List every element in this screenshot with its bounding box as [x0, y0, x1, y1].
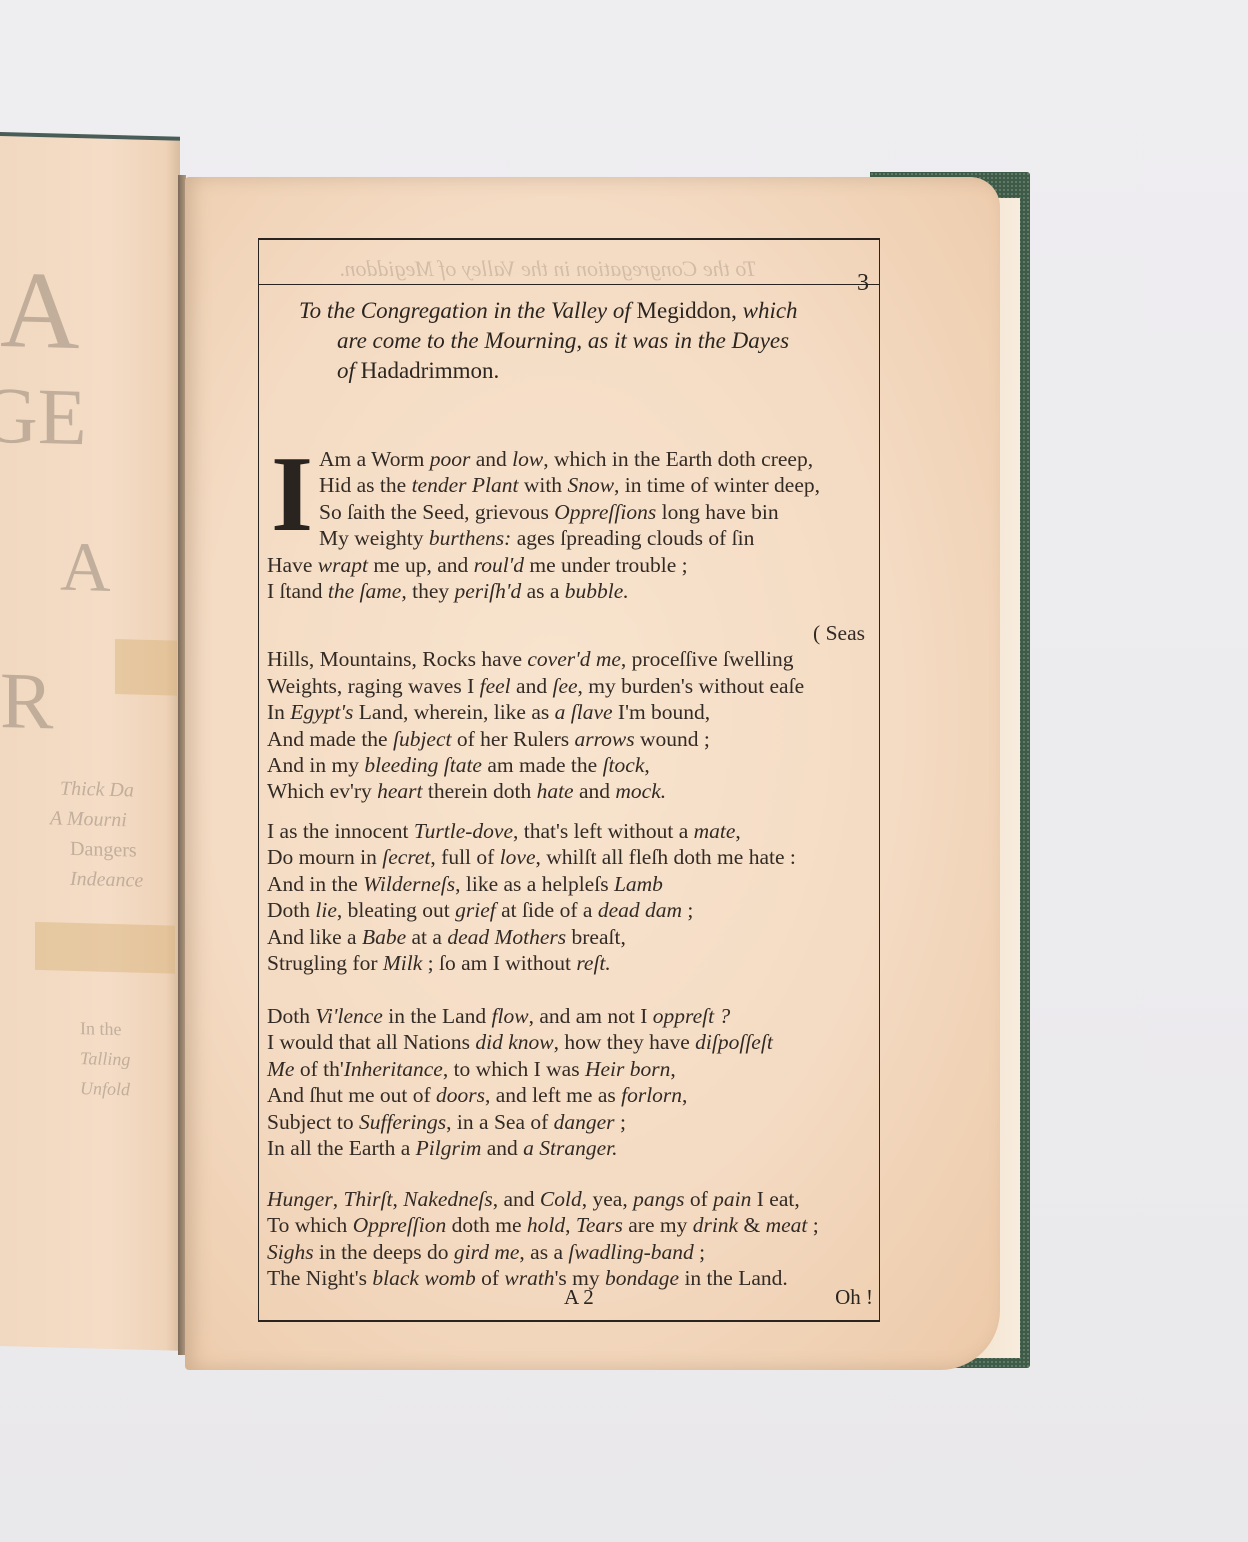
- left-page-faded-letter: GE: [0, 370, 87, 464]
- heading-italic: which: [743, 298, 798, 323]
- roman-text: long have bin: [656, 500, 778, 524]
- italic-text: mate: [694, 819, 736, 843]
- italic-text: Oppreſſion: [353, 1213, 447, 1237]
- roman-text: ages ſpreading clouds of ſin: [511, 526, 754, 550]
- roman-text: and: [470, 447, 512, 471]
- roman-text: In all the Earth a: [267, 1136, 416, 1160]
- roman-text: of: [684, 1187, 713, 1211]
- roman-text: ,: [392, 1187, 403, 1211]
- italic-text: Egypt's: [290, 700, 353, 724]
- roman-text: So ſaith the Seed, grievous: [319, 500, 554, 524]
- italic-text: danger: [554, 1110, 615, 1134]
- left-page-faded-letter: A: [60, 528, 111, 609]
- roman-text: Hills, Mountains, Rocks have: [267, 647, 527, 671]
- italic-text: Tears: [576, 1213, 623, 1237]
- roman-text: I as the innocent: [267, 819, 414, 843]
- roman-text: Weights, raging waves I: [267, 674, 480, 698]
- verse-line: Have wrapt me up, and roul'd me under tr…: [267, 552, 877, 578]
- page-number: 3: [857, 270, 869, 297]
- roman-text: , in time of winter deep,: [614, 473, 820, 497]
- roman-text: in the Land: [383, 1004, 492, 1028]
- roman-text: , my burden's without eaſe: [578, 674, 805, 698]
- verse-line: Hunger, Thirſt, Nakedneſs, and Cold, yea…: [267, 1186, 877, 1212]
- roman-text: ,: [565, 1213, 576, 1237]
- italic-text: hate: [537, 779, 574, 803]
- verse-line: And made the ſubject of her Rulers arrow…: [267, 726, 877, 752]
- roman-text: , as a: [519, 1240, 568, 1264]
- roman-text: ,: [670, 1057, 675, 1081]
- running-head: To the Congregation in the Valley of Meg…: [259, 240, 879, 285]
- verse-line: Sighs in the deeps do gird me, as a ſwad…: [267, 1239, 877, 1265]
- italic-text: drink: [693, 1213, 738, 1237]
- roman-text: breaſt,: [566, 925, 626, 949]
- left-page-faded-letter: R: [0, 656, 53, 748]
- left-page-faded-text: In the: [80, 1018, 121, 1040]
- italic-text: periſh'd: [455, 579, 522, 603]
- left-page-faded-text: Unfold: [80, 1078, 130, 1100]
- stanza-4: Doth Vi'lence in the Land flow, and am n…: [267, 1003, 877, 1161]
- italic-text: poor: [430, 447, 471, 471]
- roman-text: Doth: [267, 898, 315, 922]
- roman-text: am made the: [482, 753, 603, 777]
- roman-text: , full of: [430, 845, 499, 869]
- left-page-faded-letter: A: [0, 246, 79, 375]
- left-page-faded-text: Dangers: [70, 838, 137, 863]
- heading-italic: of: [337, 358, 355, 383]
- italic-text: ſubject: [393, 727, 452, 751]
- roman-text: , like as a helpleſs: [455, 872, 614, 896]
- roman-text: ,: [735, 819, 740, 843]
- roman-text: as a: [521, 579, 565, 603]
- printed-text-frame: To the Congregation in the Valley of Meg…: [258, 238, 880, 1322]
- italic-text: roul'd: [474, 553, 524, 577]
- heading-italic: To the Congregation in the Valley of: [299, 298, 631, 323]
- roman-text: doth me: [446, 1213, 527, 1237]
- page-footer: A 2 Oh !: [259, 1285, 879, 1311]
- roman-text: And ſhut me out of: [267, 1083, 436, 1107]
- italic-text: Pilgrim: [416, 1136, 482, 1160]
- roman-text: , bleating out: [337, 898, 455, 922]
- verse-line: Hid as the tender Plant with Snow, in ti…: [267, 472, 877, 498]
- signature-mark: A 2: [564, 1285, 594, 1310]
- roman-text: , how they have: [554, 1030, 696, 1054]
- roman-text: Which ev'ry: [267, 779, 377, 803]
- roman-text: , whilſt all fleſh doth me hate :: [536, 845, 796, 869]
- verse-line: Do mourn in ſecret, full of love, whilſt…: [267, 844, 877, 870]
- roman-text: Hid as the: [319, 473, 412, 497]
- roman-text: And like a: [267, 925, 362, 949]
- italic-text: Lamb: [614, 872, 663, 896]
- italic-text: ſwadling-band: [568, 1240, 693, 1264]
- show-through-running-head: To the Congregation in the Valley of Meg…: [339, 256, 757, 282]
- italic-text: Wilderneſs: [363, 872, 455, 896]
- italic-text: Me: [267, 1057, 294, 1081]
- italic-text: ſee: [552, 674, 577, 698]
- verse-line: And in my bleeding ſtate am made the ſto…: [267, 752, 877, 778]
- verse-line: Weights, raging waves I feel and ſee, my…: [267, 673, 877, 699]
- roman-text: Land, wherein, like as: [353, 700, 554, 724]
- italic-text: bleeding ſtate: [364, 753, 482, 777]
- stanza-3: I as the innocent Turtle-dove, that's le…: [267, 818, 877, 976]
- roman-text: in the deeps do: [314, 1240, 454, 1264]
- italic-text: ſtock: [603, 753, 645, 777]
- roman-text: ;: [807, 1213, 818, 1237]
- italic-text: burthens:: [429, 526, 511, 550]
- roman-text: ;: [615, 1110, 626, 1134]
- verse-line: And ſhut me out of doors, and left me as…: [267, 1082, 877, 1108]
- roman-text: they: [407, 579, 455, 603]
- roman-text: Doth: [267, 1004, 315, 1028]
- roman-text: with: [518, 473, 567, 497]
- italic-text: reſt.: [576, 951, 610, 975]
- italic-text: oppreſt ?: [653, 1004, 730, 1028]
- stanza-1: Am a Worm poor and low, which in the Ear…: [267, 446, 877, 604]
- roman-text: In: [267, 700, 290, 724]
- italic-text: feel: [480, 674, 511, 698]
- italic-text: Sufferings: [359, 1110, 446, 1134]
- verse-line: And in the Wilderneſs, like as a helpleſ…: [267, 871, 877, 897]
- roman-text: at a: [406, 925, 447, 949]
- roman-text: &: [738, 1213, 765, 1237]
- roman-text: me up, and: [368, 553, 474, 577]
- stanza-2: ( SeasHills, Mountains, Rocks have cover…: [267, 620, 877, 805]
- roman-text: and: [574, 779, 616, 803]
- italic-text: Cold: [540, 1187, 582, 1211]
- roman-text: To which: [267, 1213, 353, 1237]
- roman-text: , that's left without a: [513, 819, 694, 843]
- italic-text: Nakedneſs: [403, 1187, 493, 1211]
- paper-tape-stain: [115, 639, 177, 696]
- roman-text: I would that all Nations: [267, 1030, 475, 1054]
- italic-text: Babe: [362, 925, 406, 949]
- poem-heading: To the Congregation in the Valley of Meg…: [299, 296, 869, 386]
- roman-text: and: [481, 1136, 523, 1160]
- italic-text: bubble.: [565, 579, 629, 603]
- roman-text: wound ;: [635, 727, 710, 751]
- catchword: Oh !: [835, 1285, 873, 1310]
- italic-text: a ſlave: [555, 700, 613, 724]
- italic-text: Heir born: [585, 1057, 670, 1081]
- left-page-faded-text: Indeance: [70, 868, 143, 893]
- roman-text: , and: [493, 1187, 540, 1211]
- italic-text: Hunger: [267, 1187, 333, 1211]
- italic-text: Snow: [567, 473, 614, 497]
- verse-line: Doth lie, bleating out grief at ſide of …: [267, 897, 877, 923]
- roman-text: Strugling for: [267, 951, 383, 975]
- italic-text: ſecret: [382, 845, 430, 869]
- roman-text: I eat,: [751, 1187, 799, 1211]
- roman-text: therein doth: [423, 779, 537, 803]
- verse-line: I ſtand the ſame, they periſh'd as a bub…: [267, 578, 877, 604]
- italic-text: pangs: [633, 1187, 684, 1211]
- stanza-5: Hunger, Thirſt, Nakedneſs, and Cold, yea…: [267, 1186, 877, 1292]
- verse-line: Me of th'Inheritance, to which I was Hei…: [267, 1056, 877, 1082]
- italic-text: heart: [377, 779, 422, 803]
- roman-text: are my: [623, 1213, 693, 1237]
- italic-text: wrapt: [318, 553, 368, 577]
- italic-text: mock.: [615, 779, 666, 803]
- roman-text: , which in the Earth doth creep,: [543, 447, 813, 471]
- roman-text: , in a Sea of: [446, 1110, 553, 1134]
- roman-text: , to which I was: [443, 1057, 585, 1081]
- italic-text: dead Mothers: [447, 925, 566, 949]
- left-page-faded-text: Thick Da: [60, 778, 134, 803]
- roman-text: , proceſſive ſwelling: [621, 647, 794, 671]
- italic-text: cover'd me: [527, 647, 621, 671]
- roman-text: of th': [294, 1057, 343, 1081]
- roman-text: at ſide of a: [496, 898, 598, 922]
- italic-text: Thirſt: [343, 1187, 392, 1211]
- verse-line: Hills, Mountains, Rocks have cover'd me,…: [267, 646, 877, 672]
- roman-text: And in my: [267, 753, 364, 777]
- left-page-faded-text: A Mourni: [50, 807, 127, 832]
- verse-line: Doth Vi'lence in the Land flow, and am n…: [267, 1003, 877, 1029]
- roman-text: Subject to: [267, 1110, 359, 1134]
- roman-text: ;: [682, 898, 693, 922]
- roman-text: ; ſo am I without: [422, 951, 576, 975]
- italic-text: Turtle-dove: [414, 819, 513, 843]
- italic-text: doors: [436, 1083, 485, 1107]
- roman-text: Do mourn in: [267, 845, 382, 869]
- verse-line: In all the Earth a Pilgrim and a Strange…: [267, 1135, 877, 1161]
- verse-line: And like a Babe at a dead Mothers breaſt…: [267, 924, 877, 950]
- roman-text: ,: [333, 1187, 344, 1211]
- italic-text: flow: [492, 1004, 529, 1028]
- roman-text: and: [511, 674, 553, 698]
- verse-line: Am a Worm poor and low, which in the Ear…: [267, 446, 877, 472]
- verse-line: Which ev'ry heart therein doth hate and …: [267, 778, 877, 804]
- roman-text: Am a Worm: [319, 447, 430, 471]
- italic-text: diſpoſſeſt: [695, 1030, 773, 1054]
- italic-text: low: [512, 447, 543, 471]
- roman-text: My weighty: [319, 526, 429, 550]
- verse-line: So ſaith the Seed, grievous Oppreſſions …: [267, 499, 877, 525]
- italic-text: arrows: [575, 727, 635, 751]
- italic-text: hold: [527, 1213, 565, 1237]
- roman-text: , and am not I: [529, 1004, 653, 1028]
- roman-text: And in the: [267, 872, 363, 896]
- roman-text: of her Rulers: [452, 727, 575, 751]
- italic-text: pain: [713, 1187, 751, 1211]
- heading-roman: Hadadrimmon.: [361, 358, 500, 383]
- italic-text: gird me: [454, 1240, 520, 1264]
- verse-line: Strugling for Milk ; ſo am I without reſ…: [267, 950, 877, 976]
- left-page: A GE A R Thick Da A Mourni Dangers Indea…: [0, 132, 180, 1351]
- roman-text: , and left me as: [485, 1083, 621, 1107]
- italic-text: love: [500, 845, 536, 869]
- italic-text: Inheritance: [344, 1057, 443, 1081]
- italic-text: dead dam: [598, 898, 682, 922]
- heading-roman: Megiddon,: [637, 298, 737, 323]
- italic-text: Oppreſſions: [554, 500, 656, 524]
- paper-tape-stain: [35, 922, 175, 974]
- roman-text: me under trouble ;: [524, 553, 688, 577]
- italic-text: forlorn: [621, 1083, 682, 1107]
- roman-text: I'm bound,: [613, 700, 711, 724]
- italic-text: did know: [475, 1030, 553, 1054]
- verse-line: To which Oppreſſion doth me hold, Tears …: [267, 1212, 877, 1238]
- roman-text: ;: [694, 1240, 705, 1264]
- heading-line-2: are come to the Mourning, as it was in t…: [299, 326, 869, 356]
- italic-text: tender Plant: [412, 473, 519, 497]
- italic-text: Vi'lence: [315, 1004, 382, 1028]
- roman-text: ,: [644, 753, 649, 777]
- verse-line: My weighty burthens: ages ſpreading clou…: [267, 525, 877, 551]
- left-page-faded-text: Talling: [80, 1048, 130, 1070]
- roman-text: ,: [682, 1083, 687, 1107]
- heading-line-3: of Hadadrimmon.: [299, 356, 869, 386]
- verse-line: In Egypt's Land, wherein, like as a ſlav…: [267, 699, 877, 725]
- roman-text: And made the: [267, 727, 393, 751]
- italic-text: meat: [766, 1213, 808, 1237]
- roman-text: Have: [267, 553, 318, 577]
- roman-text: , yea,: [582, 1187, 633, 1211]
- verse-line: Subject to Sufferings, in a Sea of dange…: [267, 1109, 877, 1135]
- italic-text: Milk: [383, 951, 422, 975]
- italic-text: Sighs: [267, 1240, 314, 1264]
- verse-line: I would that all Nations did know, how t…: [267, 1029, 877, 1055]
- roman-text: I ſtand: [267, 579, 328, 603]
- italic-text: grief: [455, 898, 496, 922]
- italic-text: a Stranger.: [523, 1136, 617, 1160]
- turnover-word: ( Seas: [267, 620, 877, 646]
- italic-text: lie: [315, 898, 337, 922]
- italic-text: the ſame,: [328, 579, 407, 603]
- verse-line: I as the innocent Turtle-dove, that's le…: [267, 818, 877, 844]
